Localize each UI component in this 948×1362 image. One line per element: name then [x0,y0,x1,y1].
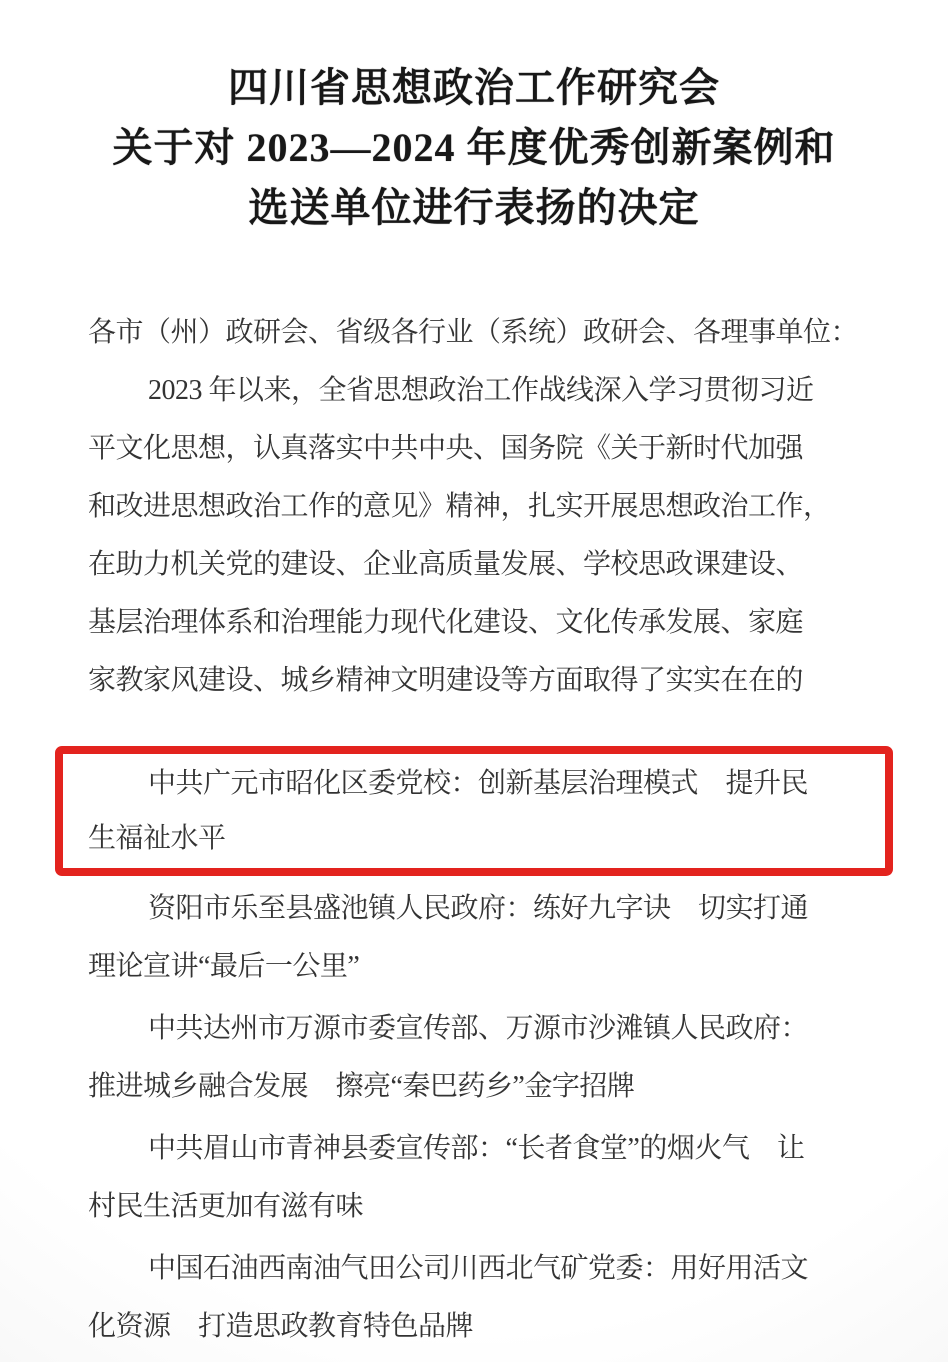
intro-line: 2023 年以来，全省思想政治工作战线深入学习贯彻习近 [88,362,860,420]
entry-meishan: 中共眉山市青神县委宣传部：“长者食堂”的烟火气 让 村民生活更加有滋有味 [88,1120,860,1236]
title-line-1: 四川省思想政治工作研究会 [0,58,948,118]
intro-line: 家教家风建设、城乡精神文明建设等方面取得了实实在在的 [88,652,860,710]
entry-line: 推进城乡融合发展 擦亮“秦巴药乡”金字招牌 [88,1058,860,1116]
highlighted-entry-line: 中共广元市昭化区委党校：创新基层治理模式 提升民 [88,756,860,811]
entry-ziyang: 资阳市乐至县盛池镇人民政府：练好九字诀 切实打通 理论宣讲“最后一公里” [88,880,860,996]
document-page: 四川省思想政治工作研究会 关于对 2023—2024 年度优秀创新案例和 选送单… [0,0,948,1362]
document-title: 四川省思想政治工作研究会 关于对 2023—2024 年度优秀创新案例和 选送单… [0,0,948,238]
intro-line: 平文化思想，认真落实中共中央、国务院《关于新时代加强 [88,420,860,478]
entry-line: 中国石油西南油气田公司川西北气矿党委：用好用活文 [88,1240,860,1298]
intro-line: 和改进思想政治工作的意见》精神，扎实开展思想政治工作， [88,478,860,536]
title-line-3: 选送单位进行表扬的决定 [0,178,948,238]
entry-line: 理论宣讲“最后一公里” [88,938,860,996]
entry-line: 中共达州市万源市委宣传部、万源市沙滩镇人民政府： [88,1000,860,1058]
highlighted-entry-line: 生福祉水平 [88,811,860,866]
entry-line: 中共眉山市青神县委宣传部：“长者食堂”的烟火气 让 [88,1120,860,1178]
document-body: 各市（州）政研会、省级各行业（系统）政研会、各理事单位： 2023 年以来，全省… [0,304,948,1356]
entry-line: 资阳市乐至县盛池镇人民政府：练好九字诀 切实打通 [88,880,860,938]
entry-line: 化资源 打造思政教育特色品牌 [88,1298,860,1356]
entry-dazhou: 中共达州市万源市委宣传部、万源市沙滩镇人民政府： 推进城乡融合发展 擦亮“秦巴药… [88,1000,860,1116]
intro-paragraph: 2023 年以来，全省思想政治工作战线深入学习贯彻习近 平文化思想，认真落实中共… [88,362,860,710]
title-line-2: 关于对 2023—2024 年度优秀创新案例和 [0,118,948,178]
highlight-box: 中共广元市昭化区委党校：创新基层治理模式 提升民 生福祉水平 [55,746,893,876]
entry-petrochina: 中国石油西南油气田公司川西北气矿党委：用好用活文 化资源 打造思政教育特色品牌 [88,1240,860,1356]
intro-line: 在助力机关党的建设、企业高质量发展、学校思政课建设、 [88,536,860,594]
entry-line: 村民生活更加有滋有味 [88,1178,860,1236]
intro-line: 基层治理体系和治理能力现代化建设、文化传承发展、家庭 [88,594,860,652]
salutation-line: 各市（州）政研会、省级各行业（系统）政研会、各理事单位： [88,304,860,362]
